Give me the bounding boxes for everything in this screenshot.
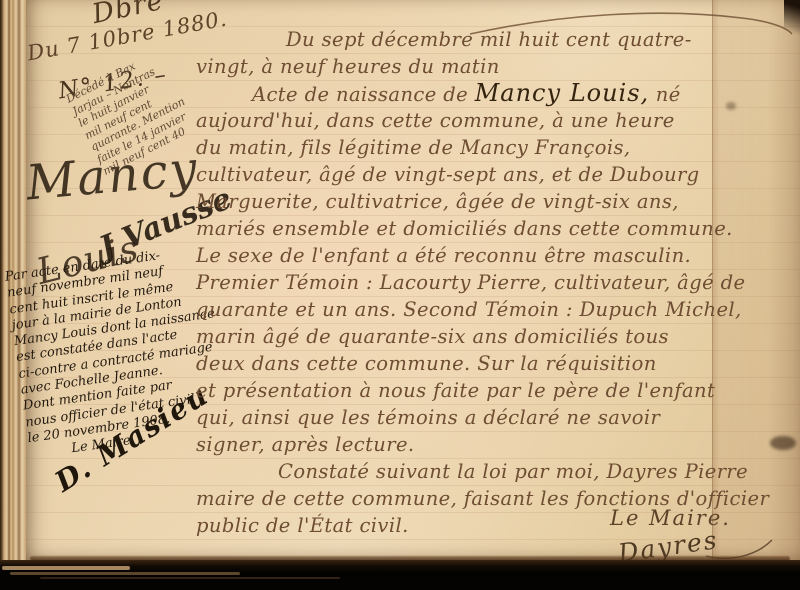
act-line: et présentation à nous faite par le père… [196, 377, 796, 404]
act-line: Marguerite, cultivatrice, âgée de vingt-… [196, 188, 796, 215]
act-closing-line: Constaté suivant la loi par moi, Dayres … [196, 458, 796, 485]
act-line: quarante et un ans. Second Témoin : Dupu… [196, 296, 796, 323]
act-title-prefix: Acte de naissance de [252, 83, 468, 106]
act-title-suffix: né [656, 83, 681, 106]
act-line: signer, après lecture. [196, 431, 796, 458]
act-line: cultivateur, âgé de vingt-sept ans, et d… [196, 161, 796, 188]
act-line: mariés ensemble et domiciliés dans cette… [196, 215, 796, 242]
register-photo: Dbre Du 7 10bre 1880. N° 12. – Mancy Lou… [0, 0, 800, 590]
act-line: marin âgé de quarante-six ans domiciliés… [196, 323, 796, 350]
act-line: du matin, fils légitime de Mancy Françoi… [196, 134, 796, 161]
act-line: aujourd'hui, dans cette commune, à une h… [196, 107, 796, 134]
stacked-page-edge [10, 572, 240, 575]
act-line: Premier Témoin : Lacourty Pierre, cultiv… [196, 269, 796, 296]
birth-act-text: Du sept décembre mil huit cent quatre- v… [196, 26, 796, 539]
act-title-line: Acte de naissance de Mancy Louis, né [196, 80, 796, 107]
act-line: Du sept décembre mil huit cent quatre- [196, 26, 796, 53]
stacked-page-edge [40, 577, 340, 579]
act-line: qui, ainsi que les témoins a déclaré ne … [196, 404, 796, 431]
act-line: deux dans cette commune. Sur la réquisit… [196, 350, 796, 377]
act-line: Le sexe de l'enfant a été reconnu être m… [196, 242, 796, 269]
photo-black-edge [0, 560, 800, 590]
stacked-page-edge [2, 566, 130, 570]
act-line: vingt, à neuf heures du matin [196, 53, 796, 80]
child-name: Mancy Louis, [475, 79, 649, 107]
